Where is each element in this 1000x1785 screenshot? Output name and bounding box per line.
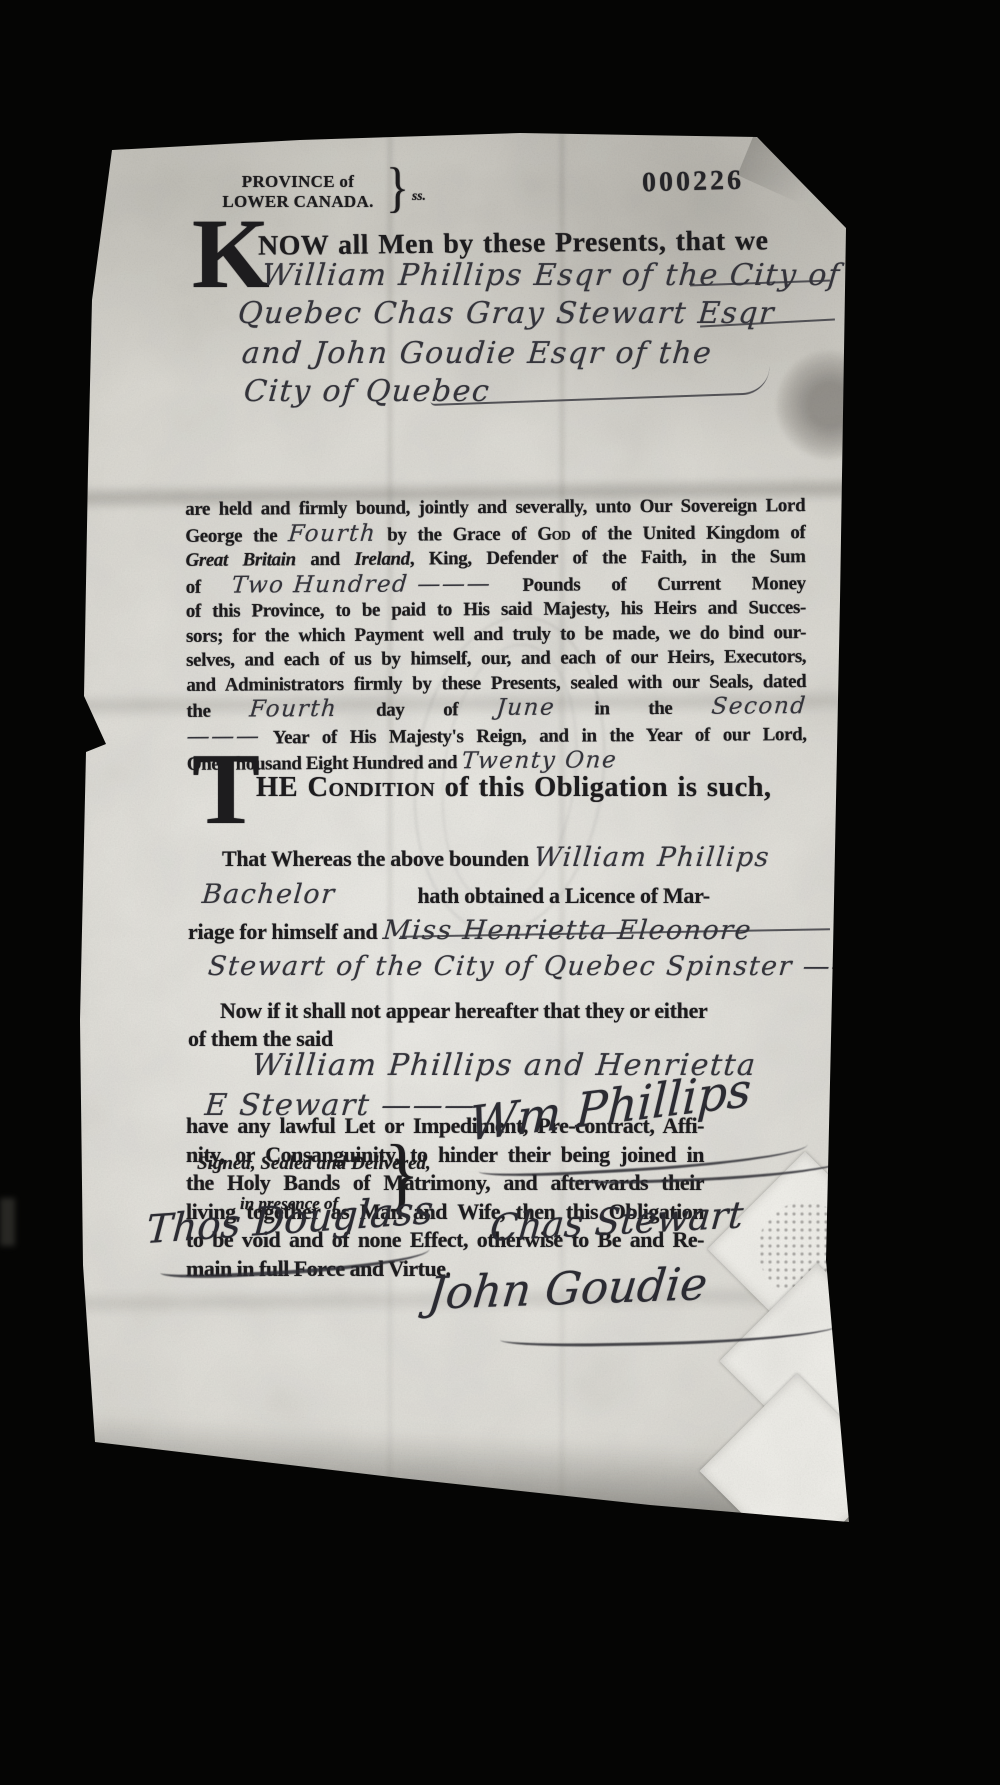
printed-text: of this Province, to be paid to His said… [186,597,806,622]
scan-shadow [0,1369,1000,1577]
printed-text: day of [337,699,497,721]
obligor-line: and John Goudie Esqr of the [240,336,713,371]
printed-text: , King, Defender of the Faith, in the Su… [410,546,806,569]
printed-text: Year of His Majesty's Reign, and in the … [261,724,807,748]
printed-text: by the Grace of [376,523,537,545]
bond-line: of this Province, to be paid to His said… [186,596,806,624]
printed-text: of the United Kingdom of [570,522,805,544]
now-clause-line1: Now if it shall not appear hereafter tha… [220,998,708,1024]
condition-line: That Whereas the above bounden William P… [188,845,770,872]
handwritten-insertion: Twenty One [460,748,617,772]
handwritten-insertion: Fourth [287,521,377,545]
printed-text: George the [185,525,288,547]
wafer-seal [699,1373,894,1568]
pen-flourish [430,366,771,406]
obligor-line: William Phillips Esqr of the City of [260,258,842,293]
bond-line: George the Fourth by the Grace of God of… [185,519,805,549]
bond-line: Great Britain and Ireland, King, Defende… [185,545,805,573]
printed-text: hath obtained a Licence of Mar- [417,883,709,908]
dropcap-t: T [192,752,260,828]
scanned-document-background: PROVINCE of LOWER CANADA. } ss. 000226 K… [0,0,1000,1785]
document-page: PROVINCE of LOWER CANADA. } ss. 000226 K… [0,0,1000,1785]
printed-smallcaps: God [537,523,570,544]
printed-text: and [296,549,355,570]
handwritten-insertion: Stewart of the City of Quebec Spinster —… [207,954,861,981]
printed-text: selves, and each of us by himself, our, … [186,646,806,671]
ink-blot [776,350,884,460]
handwritten-insertion: Two Hundred ——— [231,572,493,597]
handwritten-insertion: William Phillips [533,845,771,872]
printed-text: Pounds of Current Money [491,573,805,596]
handwritten-insertion: Fourth [248,697,338,721]
printed-text: the [186,701,249,722]
bond-line: selves, and each of us by himself, our, … [186,645,806,673]
printed-text: That Whereas the above bounden [222,846,534,871]
printed-text: in the [556,698,712,720]
condition-line: Stewart of the City of Quebec Spinster —… [188,954,859,981]
printed-text: sors; for the which Payment well and tru… [186,622,806,647]
obligor-line: Quebec Chas Gray Stewart Esqr [236,296,776,331]
folded-corner [735,128,853,240]
condition-line: Bachelorhath obtained a Licence of Mar- [188,882,710,909]
printed-text: of this Obligation is such, [435,772,771,803]
handwritten-insertion: June [496,696,557,720]
scanner-artifact [0,1198,15,1246]
condition-heading: HE Condition of this Obligation is such, [256,772,771,804]
province-line1: PROVINCE of [208,172,388,192]
bond-line: sors; for the which Payment well and tru… [186,621,806,649]
signature-john-goudie: John Goudie [425,1257,710,1320]
handwritten-insertion: Bachelor [201,882,337,909]
printed-italic: Ireland [354,549,409,570]
printed-text: of [186,576,232,597]
bond-line: are held and firmly bound, jointly and s… [185,494,805,522]
printed-text: HE [256,772,308,803]
bond-clause: are held and firmly bound, jointly and s… [185,494,807,777]
jurat-abbreviation: ss. [412,188,426,204]
bond-line: the Fourth day of June in the Second [186,694,806,724]
printed-smallcaps: Condition [308,772,436,803]
handwritten-insertion: Second [710,694,807,718]
bond-line: of Two Hundred ——— Pounds of Current Mon… [186,570,806,600]
header-brace: } [386,156,409,219]
serial-number: 000226 [642,165,745,200]
printed-italic: Great Britain [185,549,295,571]
printed-text: are held and firmly bound, jointly and s… [185,495,805,520]
printed-text: riage for himself and [188,919,383,944]
